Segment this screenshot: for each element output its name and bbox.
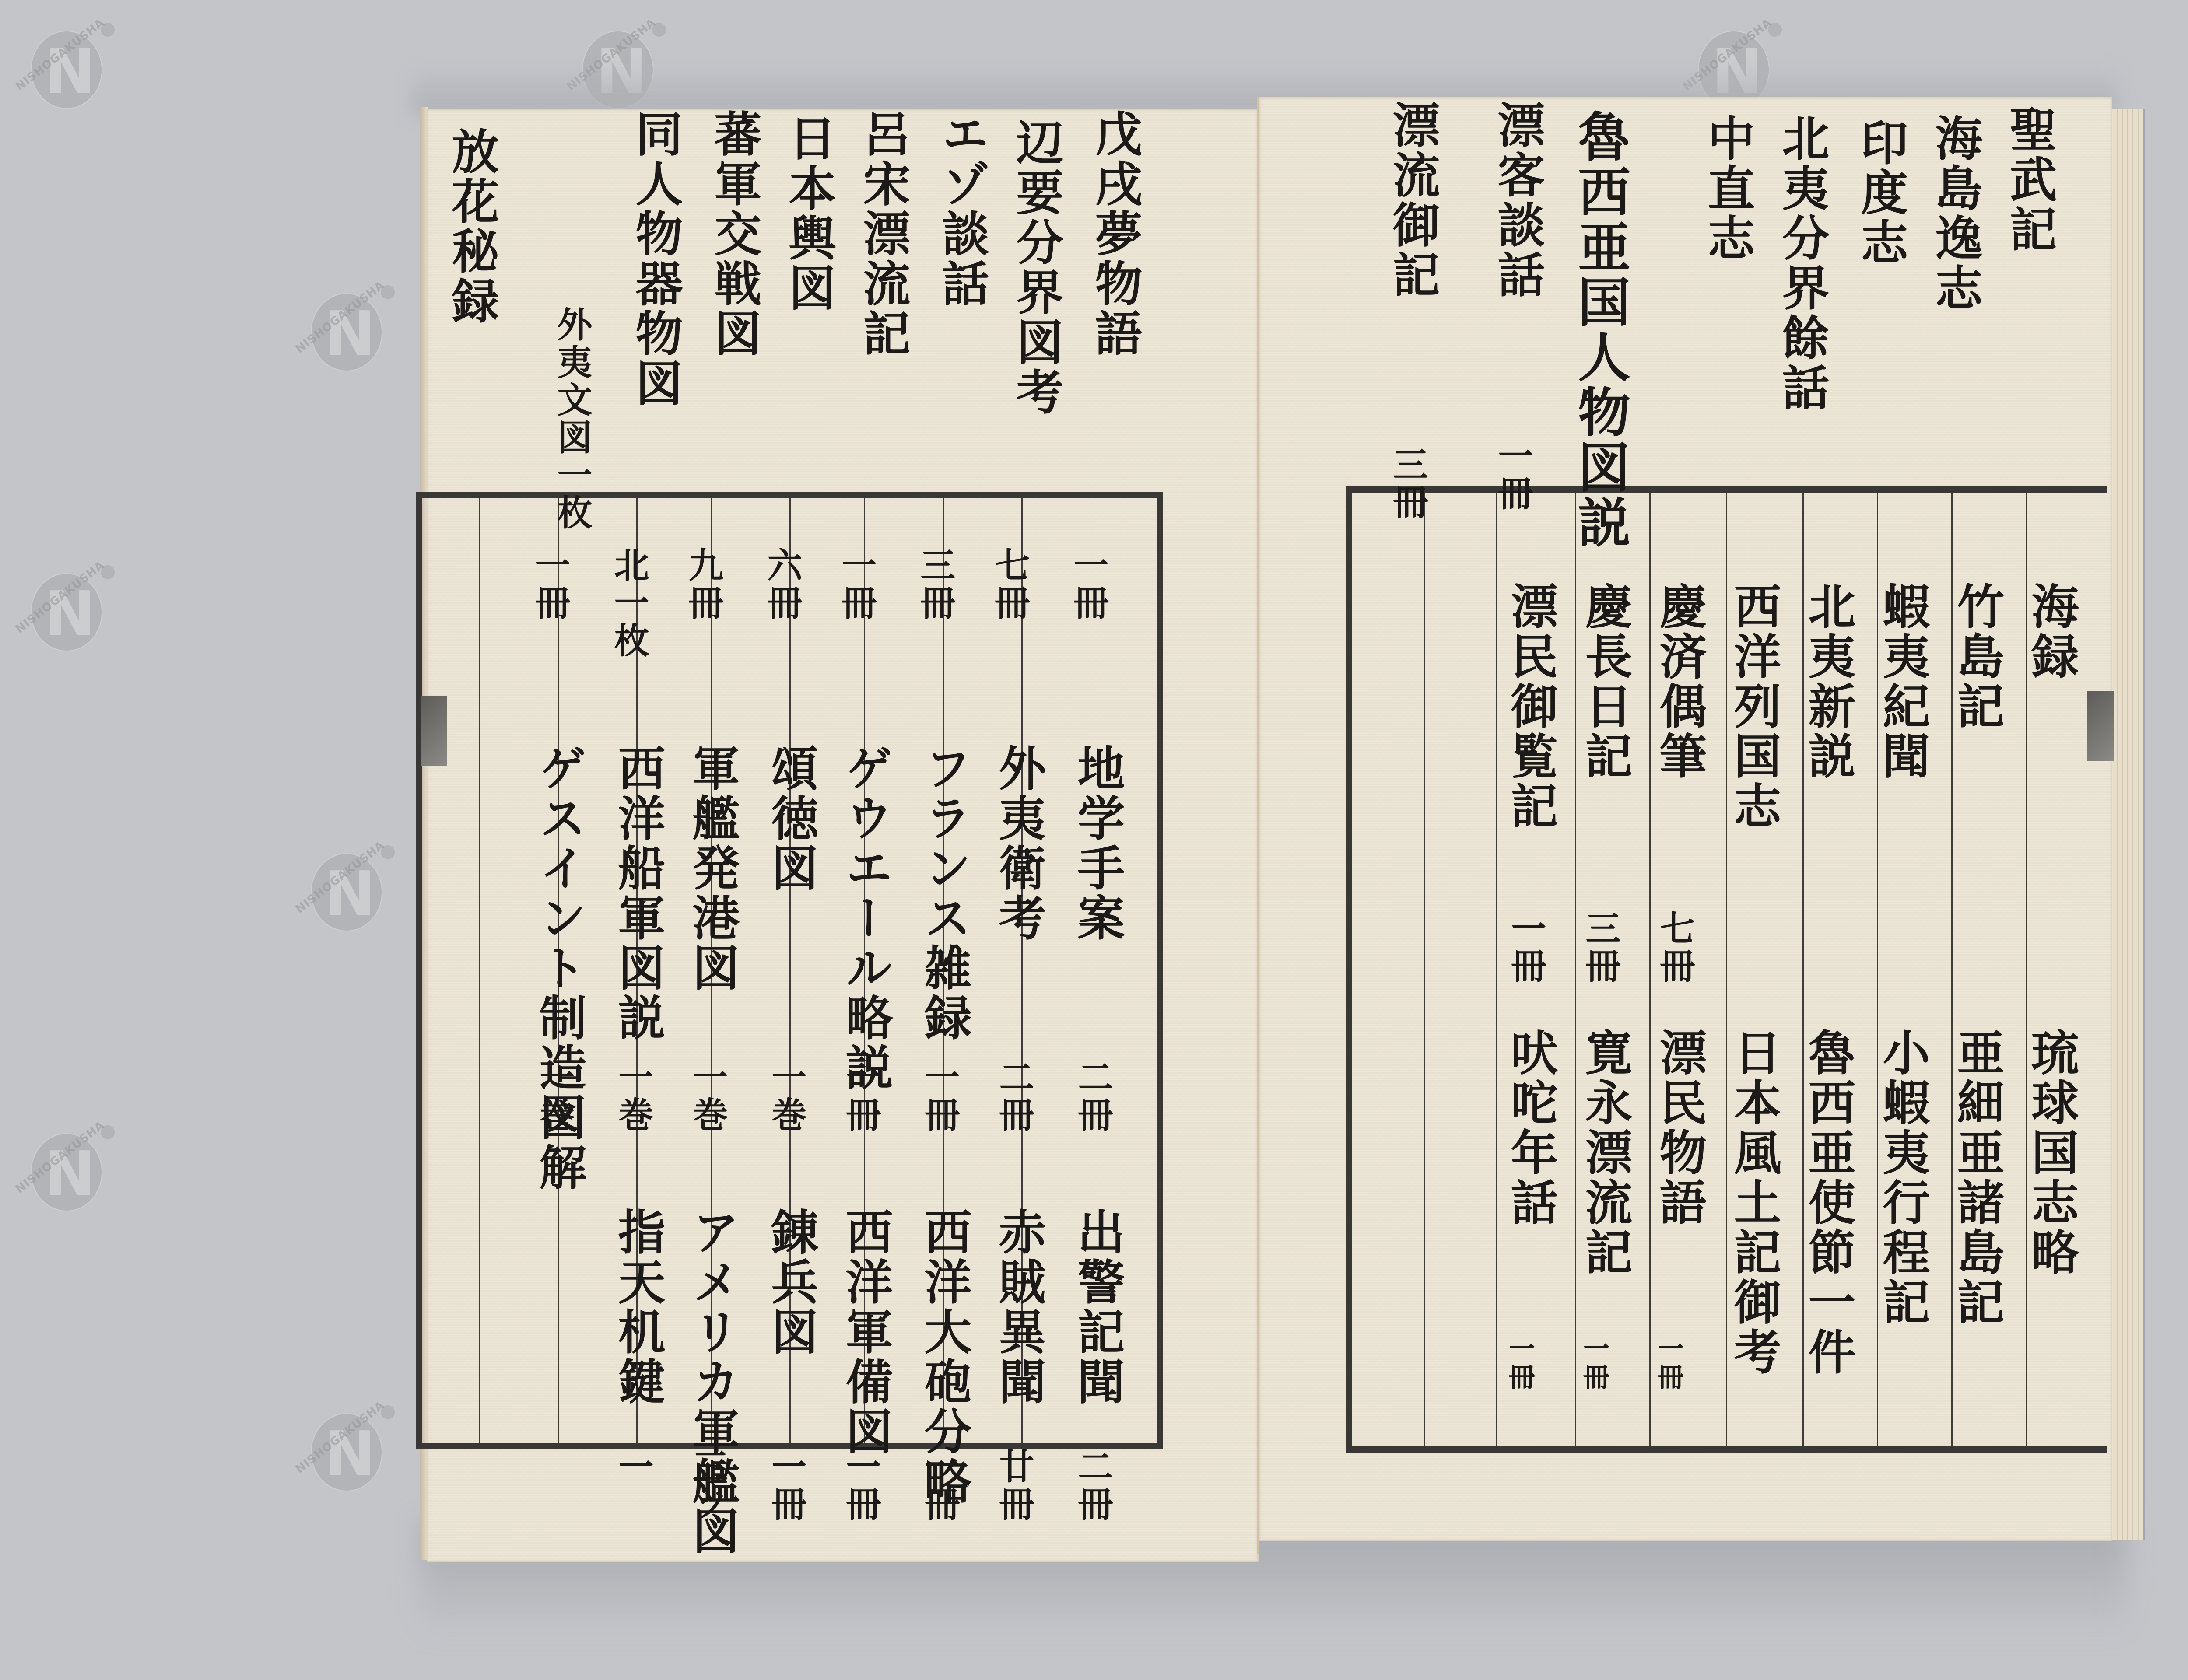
book-title-entry: 呂宋漂流記	[849, 109, 917, 359]
book-title-entry: 漂民物語	[1645, 1028, 1713, 1228]
volume-count: 一	[608, 1448, 659, 1486]
volume-count: 一冊	[836, 1448, 886, 1523]
book-title-entry: 出警記聞	[1063, 1207, 1131, 1407]
watermark-logo-icon: NNISHOGAKUSHA	[18, 560, 118, 661]
book-title-entry: 西洋船軍図説	[604, 744, 672, 1043]
volume-count: 三冊	[910, 547, 961, 622]
book-title-entry: ゲウエール略説	[831, 744, 899, 1093]
volume-count: 一冊	[831, 547, 882, 622]
book-title-entry: 小蝦夷行程記	[1869, 1028, 1936, 1327]
volume-count: 一巻	[683, 1059, 733, 1134]
book-title-entry: 日本風土記御考	[1720, 1028, 1788, 1377]
book-title-entry: 聖武記	[1995, 105, 2063, 255]
volume-count: 一冊	[1575, 1334, 1613, 1392]
book-title-entry: 地学手案	[1063, 744, 1131, 943]
book-title-entry: 漂民御覧記	[1497, 582, 1564, 831]
watermark-logo-icon: NNISHOGAKUSHA	[18, 1120, 118, 1221]
book-title-entry: フランス雑録	[910, 744, 978, 1043]
volume-count: 一冊	[836, 1059, 886, 1134]
volume-count: 二冊	[989, 1059, 1039, 1134]
volume-count: 二冊	[1068, 1448, 1118, 1523]
volume-count: 一冊	[1501, 1334, 1539, 1392]
book-title-entry: 頌徳図	[757, 744, 825, 893]
volume-count: 二冊	[1068, 1059, 1118, 1134]
book-title-entry: 指天机鍵	[604, 1207, 672, 1407]
volume-count: 六冊	[757, 547, 807, 622]
volume-count: 一巻	[608, 1059, 659, 1134]
book-title-entry: 蕃軍交戦図	[700, 109, 768, 359]
volume-count: 九冊	[678, 547, 729, 622]
book-spine	[1257, 97, 1259, 1554]
volume-count: 廿冊	[989, 1448, 1039, 1523]
book-title-entry: 竹島記	[1943, 582, 2011, 731]
page-stack-edge	[2112, 109, 2145, 1540]
book-title-entry: エゾ談話	[928, 109, 996, 309]
book-title-entry: 寛永漂流記	[1571, 1028, 1639, 1277]
book-title-entry: 外夷文図一枚	[547, 306, 597, 532]
book-title-entry: 中直志	[1694, 114, 1761, 263]
book-title-entry: 同人物器物図	[621, 109, 689, 409]
volume-count: 一冊	[1063, 547, 1114, 622]
book-title-entry: 亜細亜諸島記	[1943, 1028, 2011, 1327]
volume-count: 三冊	[1383, 446, 1433, 521]
book-title-entry: 漂流御記	[1378, 101, 1446, 300]
book-title-entry: 北夷分界餘話	[1768, 114, 1836, 413]
volume-count: 一冊	[525, 547, 575, 622]
volume-count: 三冊	[1575, 910, 1626, 985]
watermark-logo-icon: NNISHOGAKUSHA	[298, 1400, 398, 1501]
volume-count: 三ツ	[683, 1448, 733, 1523]
book-title-entry: 琉球国志略	[2017, 1028, 2085, 1277]
watermark-logo-icon: NNISHOGAKUSHA	[18, 17, 118, 118]
book-title-entry: 魯西亜国人物図説	[1562, 109, 1637, 550]
book-title-entry: 西洋軍備図	[831, 1207, 899, 1457]
fold-mark	[421, 696, 447, 766]
volume-count: 一冊	[1650, 1334, 1687, 1392]
book-title-entry: 日本輿図	[775, 114, 842, 313]
book-title-entry: 赤賊異聞	[985, 1207, 1052, 1407]
book-title-entry: 外夷衛考	[985, 744, 1052, 943]
volume-count: 一巻	[761, 1059, 812, 1134]
volume-count: 七冊	[985, 547, 1035, 622]
book-title-entry: 魯西亜使節一件	[1794, 1028, 1862, 1377]
book-title-entry: 印度志	[1847, 118, 1914, 268]
book-title-entry: 蝦夷紀聞	[1869, 582, 1936, 781]
book-title-entry: 海録	[2017, 582, 2085, 682]
volume-count: 一冊	[1488, 437, 1538, 513]
volume-count: 一冊	[915, 1448, 965, 1523]
volume-count: 北一枚	[604, 547, 654, 660]
book-title-entry: 軍艦発港図	[678, 744, 746, 993]
volume-count: 一巻	[529, 1059, 580, 1134]
book-title-entry: 漂客談話	[1483, 101, 1551, 300]
book-title-entry: 錬兵図	[757, 1207, 825, 1357]
volume-count: 七冊	[1650, 910, 1700, 985]
book-title-entry: 慶済偶筆	[1645, 582, 1713, 781]
book-title-entry: 戊戌夢物語	[1081, 109, 1149, 359]
book-title-entry: 西洋列国志	[1720, 582, 1788, 831]
watermark-logo-icon: NNISHOGAKUSHA	[298, 280, 398, 381]
book-title-entry: 辺要分界図考	[1002, 118, 1070, 417]
watermark-logo-icon: NNISHOGAKUSHA	[298, 840, 398, 941]
book-title-entry: 慶長日記	[1571, 582, 1639, 781]
fold-mark	[2087, 691, 2114, 761]
volume-count: 一冊	[761, 1448, 812, 1523]
book-title-entry: 海島逸志	[1921, 114, 1989, 313]
volume-count: 一冊	[1501, 910, 1551, 985]
book-title-entry: 北夷新説	[1794, 582, 1862, 781]
book-title-entry: 放花秘録	[438, 127, 505, 326]
volume-count: 一冊	[915, 1059, 965, 1134]
book-title-entry: 吠咜年話	[1497, 1028, 1564, 1228]
